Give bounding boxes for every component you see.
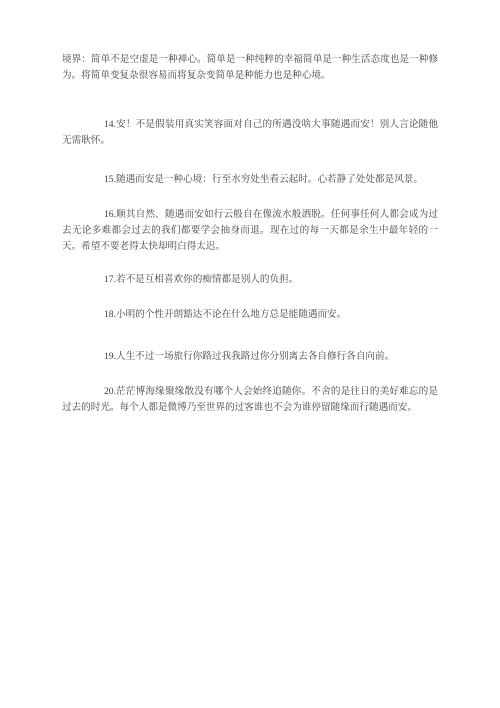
paragraph-item-17: 17.若不是互相喜欢你的痴情都是别人的负担。 (62, 272, 438, 288)
paragraph-item-15: 15.随遇而安是一种心境：行至水穷处坐看云起时。心若静了处处都是风景。 (62, 172, 438, 188)
paragraph-intro: 境界：简单不是空虚是一种禅心。简单是一种纯粹的幸福简单是一种生活态度也是一种修为… (62, 52, 438, 84)
text-content-block: 境界：简单不是空虚是一种禅心。简单是一种纯粹的幸福简单是一种生活态度也是一种修为… (62, 52, 438, 416)
paragraph-item-14: 14.安！不是假装用真实笑容面对自己的所遇没啥大事随遇而安！别人言论随他无需耿怀… (62, 117, 438, 149)
paragraph-item-20: 20.茫茫博海缘聚缘散没有哪个人会始终追随你。不舍的是往日的美好难忘的是过去的时… (62, 384, 438, 416)
paragraph-item-18: 18.小明的个性开朗豁达不论在什么地方总是能随遇而安。 (62, 307, 438, 323)
paragraph-item-19: 19.人生不过一场旅行你路过我我路过你分别离去各自修行各自向前。 (62, 349, 438, 365)
paragraph-item-16: 16.顺其自然、随遇而安如行云般自在像流水般洒脱。任何事任何人都会成为过去无论多… (62, 207, 438, 255)
document-page: 境界：简单不是空虚是一种禅心。简单是一种纯粹的幸福简单是一种生活态度也是一种修为… (0, 0, 500, 708)
